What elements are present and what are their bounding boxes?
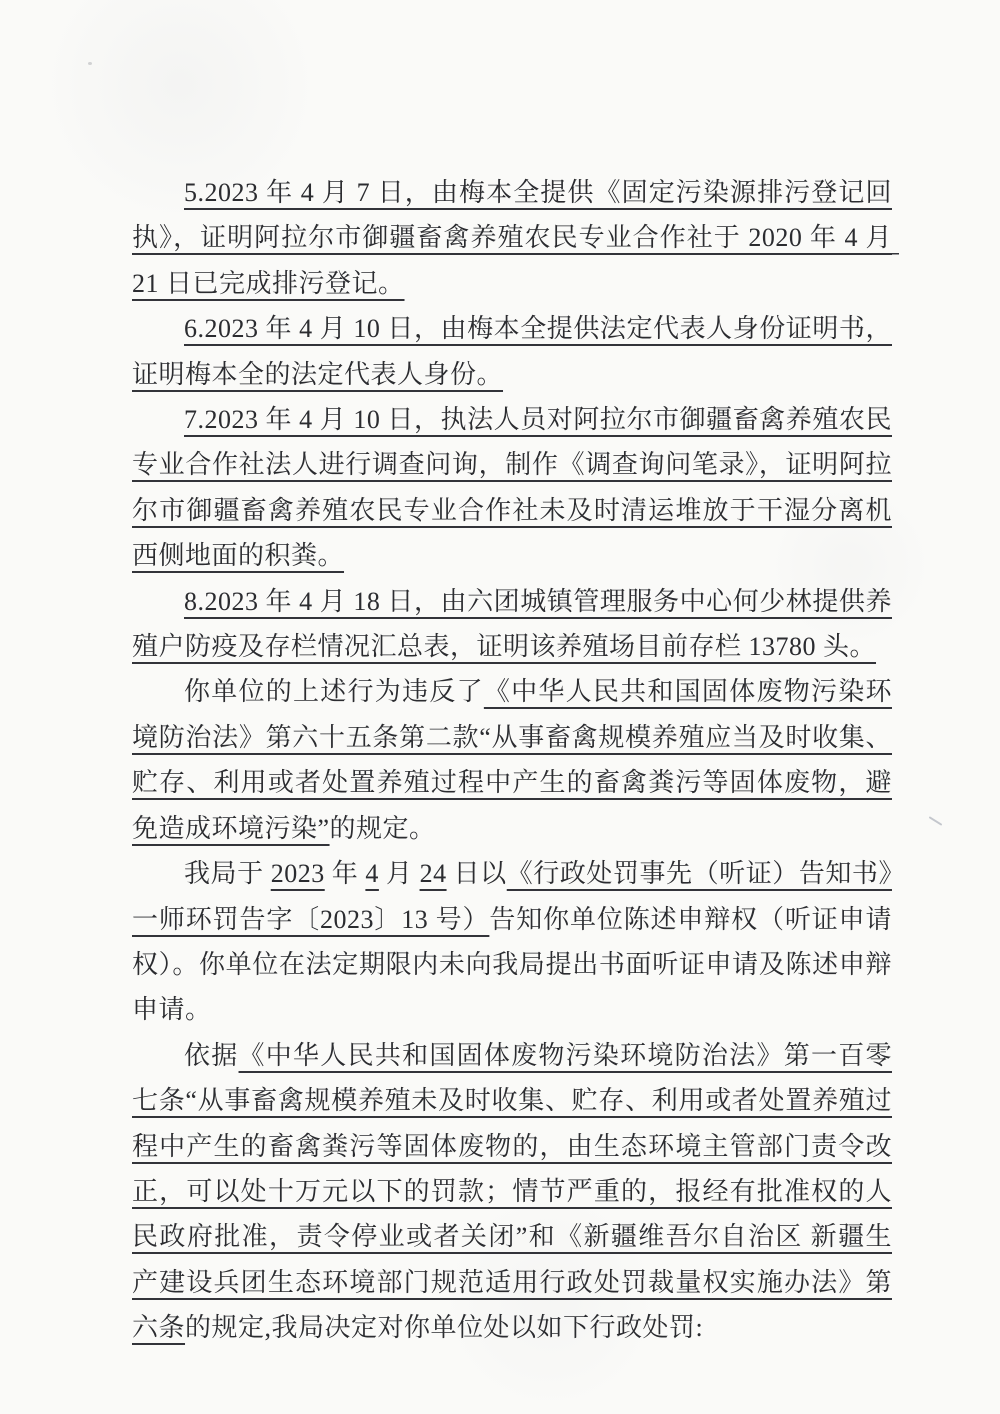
text-segment: 的规定,我局决定对你单位处以如下行政处罚: <box>185 1313 703 1342</box>
document-body: 5.2023 年 4 月 7 日，由梅本全提供《固定污染源排污登记回执》，证明阿… <box>132 170 892 1351</box>
underlined-text-segment: 7.2023 年 4 月 10 日，执法人员对阿拉尔市御疆畜禽养殖农民专业合作社… <box>132 405 892 570</box>
paragraph: 6.2023 年 4 月 10 日，由梅本全提供法定代表人身份证明书，证明梅本全… <box>132 306 892 397</box>
underlined-text-segment: 2023 <box>271 859 325 888</box>
scan-artifact-scratch <box>929 816 943 826</box>
paragraph: 8.2023 年 4 月 18 日，由六团城镇管理服务中心何少林提供养殖户防疫及… <box>132 579 892 670</box>
text-segment: 我局于 <box>184 859 271 888</box>
scan-artifact-speck <box>88 62 92 65</box>
underlined-text-segment: 24 <box>420 859 447 888</box>
text-segment: 日以 <box>447 859 507 888</box>
text-segment: 依据 <box>184 1041 239 1070</box>
underlined-text-segment: 5.2023 年 4 月 7 日，由梅本全提供《固定污染源排污登记回执》，证明阿… <box>132 178 899 298</box>
paragraph: 依据《中华人民共和国固体废物污染环境防治法》第一百零七条“从事畜禽规模养殖未及时… <box>132 1033 892 1351</box>
underlined-text-segment: 6.2023 年 4 月 10 日，由梅本全提供法定代表人身份证明书，证明梅本全… <box>132 314 892 388</box>
text-segment: 你单位的上述行为违反了 <box>184 677 484 706</box>
paragraph: 7.2023 年 4 月 10 日，执法人员对阿拉尔市御疆畜禽养殖农民专业合作社… <box>132 397 892 579</box>
text-segment: 的规定。 <box>330 814 436 843</box>
paragraph: 你单位的上述行为违反了《中华人民共和国固体废物污染环境防治法》第六十五条第二款“… <box>132 669 892 851</box>
paragraph: 5.2023 年 4 月 7 日，由梅本全提供《固定污染源排污登记回执》，证明阿… <box>132 170 892 306</box>
text-segment: 年 <box>325 859 366 888</box>
document-page: 5.2023 年 4 月 7 日，由梅本全提供《固定污染源排污登记回执》，证明阿… <box>0 0 1000 1414</box>
underlined-text-segment: 8.2023 年 4 月 18 日，由六团城镇管理服务中心何少林提供养殖户防疫及… <box>132 587 892 661</box>
paragraph: 我局于 2023 年 4 月 24 日以《行政处罚事先（听证）告知书》一师环罚告… <box>132 851 892 1033</box>
underlined-text-segment: 4 <box>365 859 379 888</box>
text-segment: 月 <box>379 859 420 888</box>
underlined-text-segment: 《中华人民共和国固体废物污染环境防治法》第一百零七条“从事畜禽规模养殖未及时收集… <box>132 1041 892 1342</box>
